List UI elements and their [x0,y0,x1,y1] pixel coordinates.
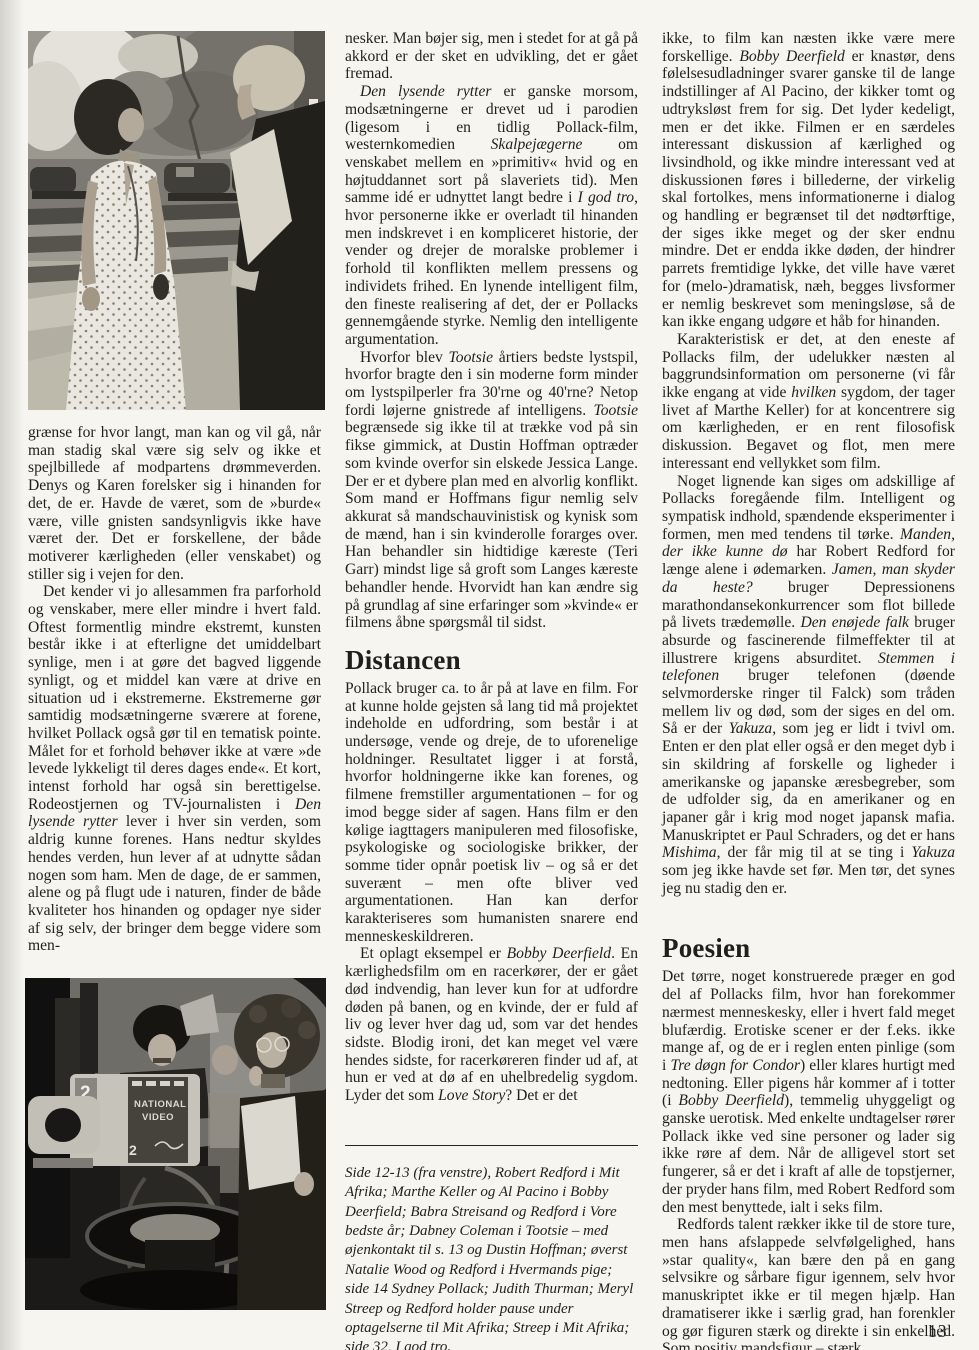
section-heading: Distancen [345,645,638,675]
camera-number-front: 2 [129,1142,137,1158]
caption-divider [345,1145,638,1146]
body-paragraph: Noget lignende kan siges om adskillige a… [662,473,955,898]
body-paragraph: grænse for hvor langt, man kan og vil gå… [28,424,321,583]
camera-brand-line2: VIDEO [142,1112,174,1123]
scan-edge-shadow [0,0,24,1350]
body-paragraph: Det kender vi jo allesammen fra parforho… [28,583,321,955]
column-middle: nesker. Man bøjer sig, men i stedet for … [345,30,638,1350]
body-paragraph: Det tørre, noget konstruerede præger en … [662,968,955,1216]
column-left: grænse for hvor langt, man kan og vil gå… [28,424,321,955]
photo-caption: Side 12-13 (fra venstre), Robert Redford… [345,1164,638,1350]
body-paragraph: Den lysende rytter er ganske morsom, mod… [345,83,638,349]
body-paragraph: Redfords talent rækker ikke til de store… [662,1216,955,1350]
body-paragraph: Hvorfor blev Tootsie årtiers bedste lyst… [345,349,638,632]
camera-brand-line1: NATIONAL [134,1099,186,1110]
section-heading: Poesien [662,933,955,963]
photo-film-still-bottom: 2 NATIONAL VIDEO 2 [25,978,326,1310]
film-still-bottom-graphic: 2 NATIONAL VIDEO 2 [25,978,326,1310]
film-still-top-graphic [28,31,325,410]
body-paragraph: Et oplagt eksempel er Bobby Deerfield. E… [345,945,638,1104]
magazine-page: 2 NATIONAL VIDEO 2 [0,0,979,1350]
column-right: ikke, to film kan næsten ikke være mere … [662,30,955,1350]
body-paragraph: ikke, to film kan næsten ikke være mere … [662,30,955,331]
body-paragraph: Karakteristisk er det, at den eneste af … [662,331,955,473]
photo-film-still-top [28,31,325,410]
body-paragraph: nesker. Man bøjer sig, men i stedet for … [345,30,638,83]
body-paragraph: Pollack bruger ca. to år på at lave en f… [345,680,638,946]
page-number: 13 [928,1321,948,1342]
